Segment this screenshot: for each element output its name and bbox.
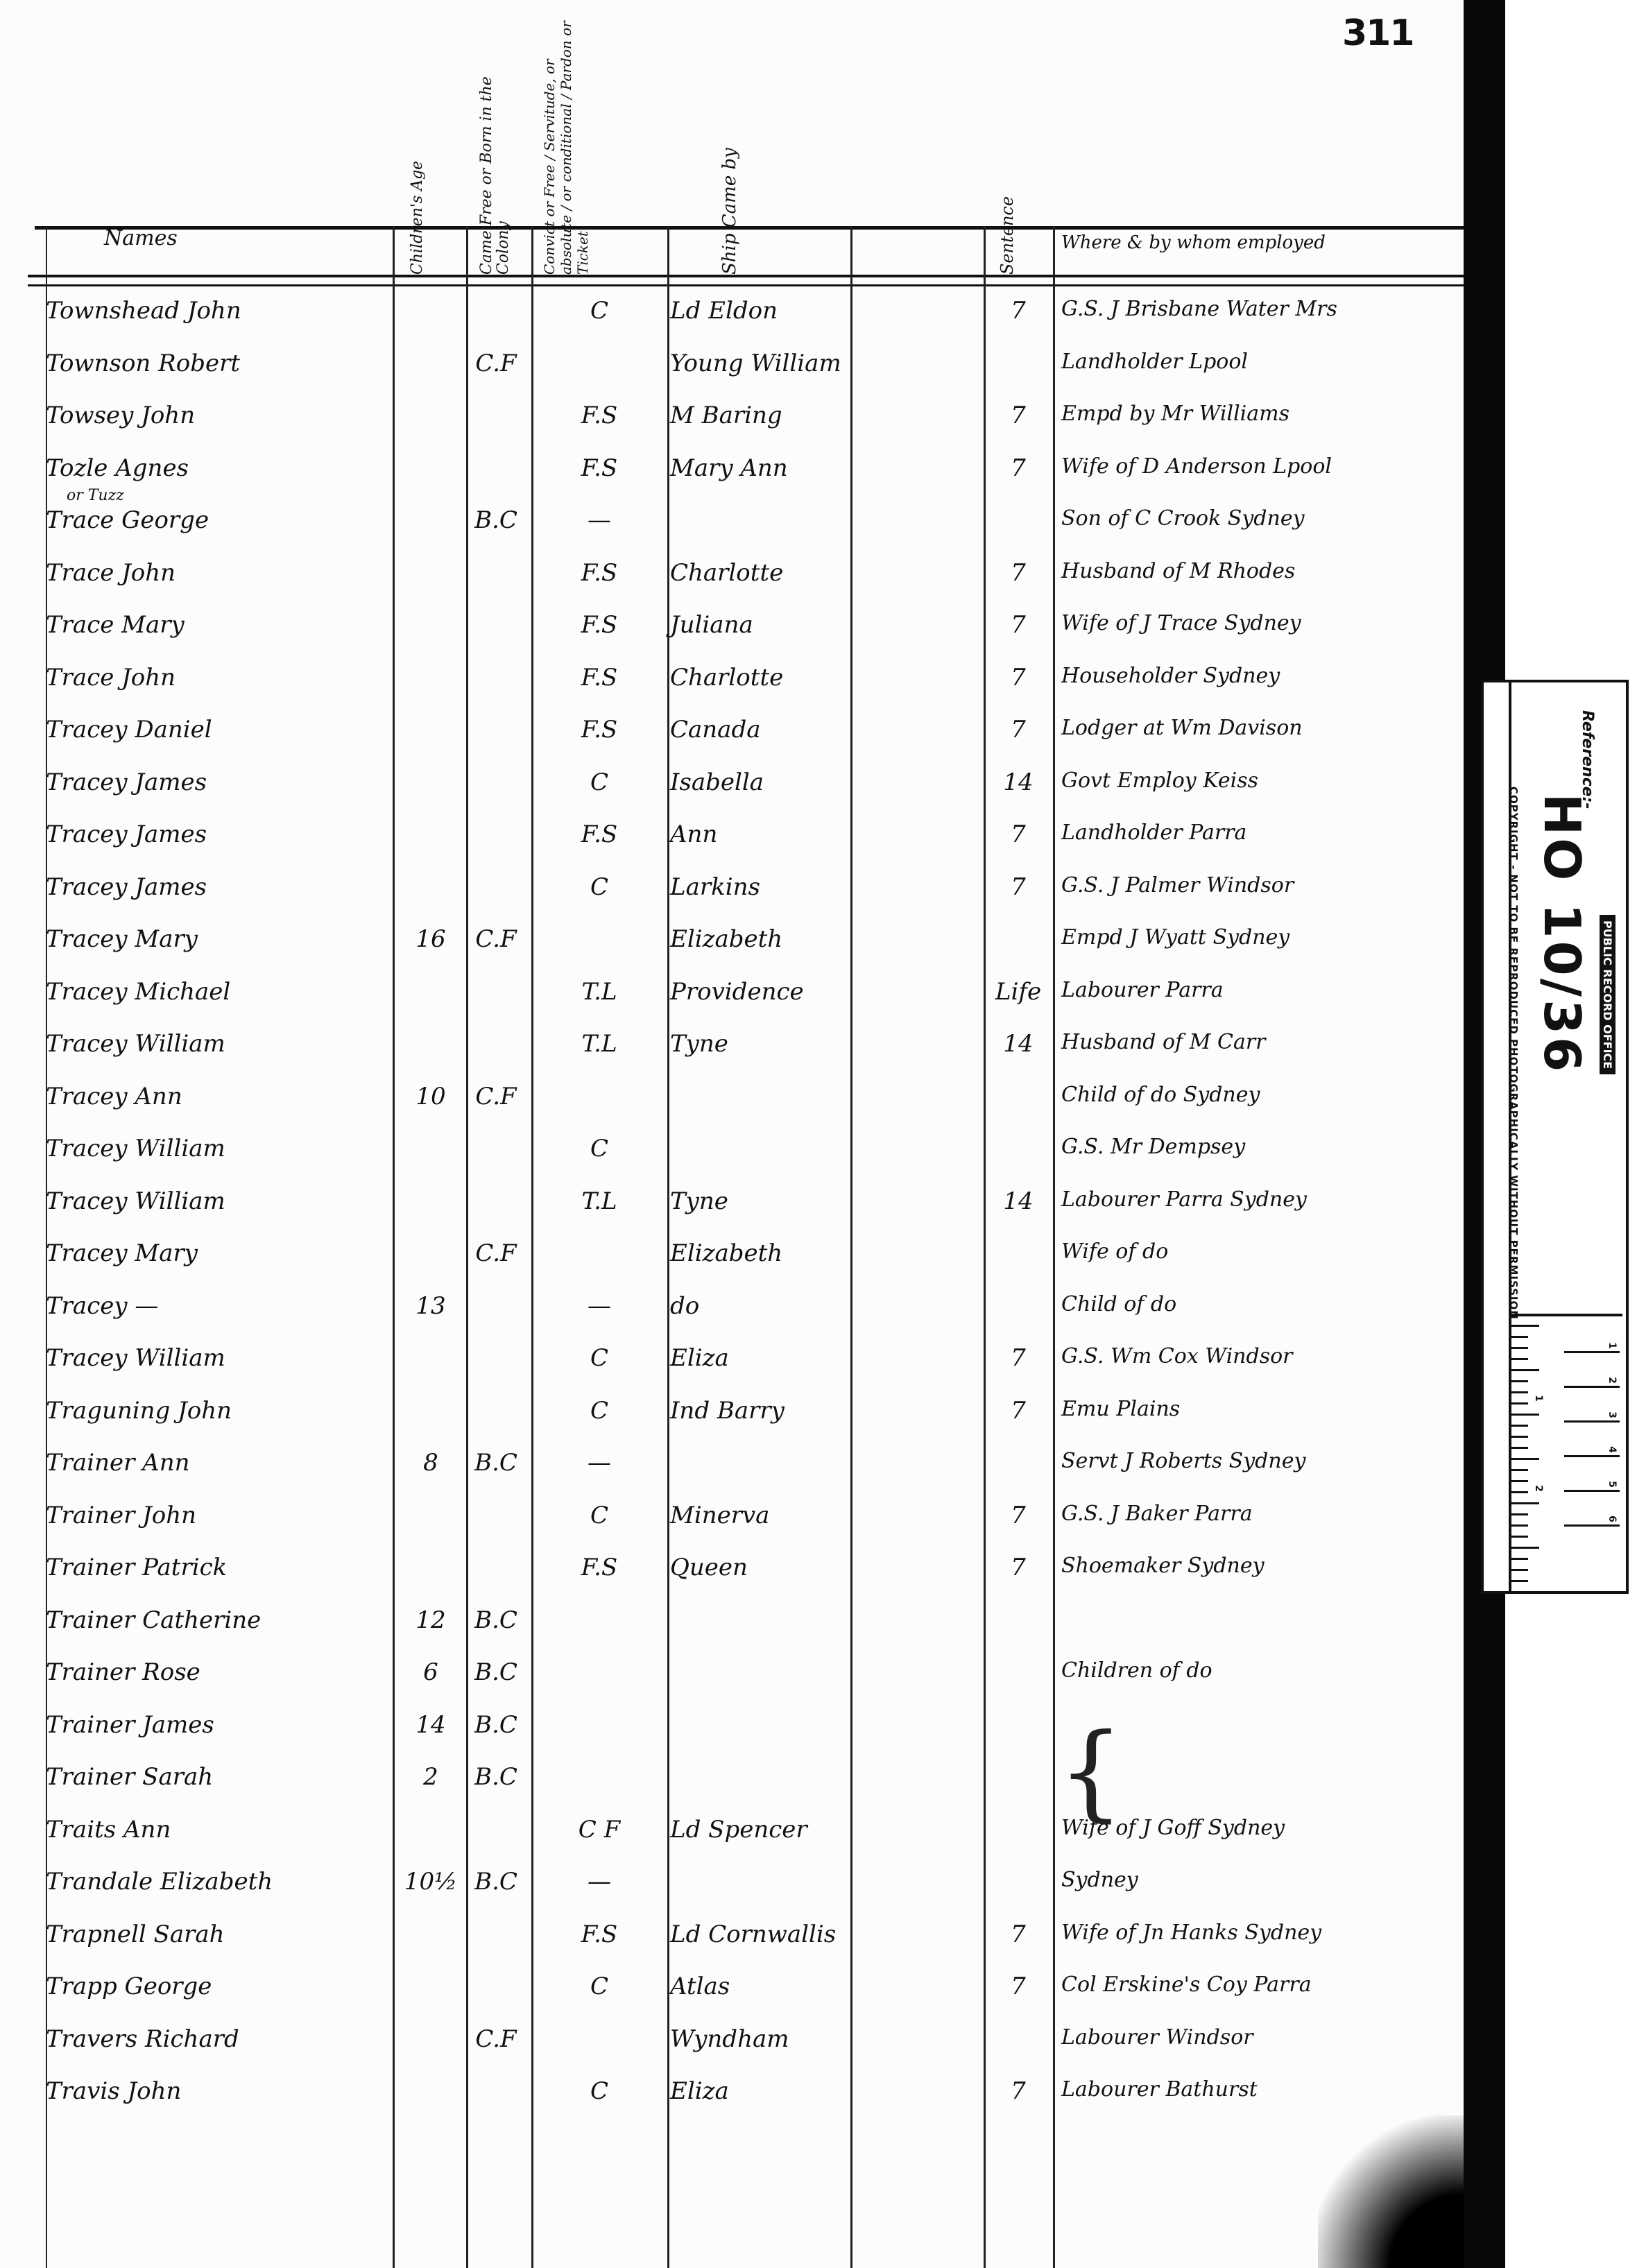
entry-name: Tracey Mary xyxy=(46,1239,393,1267)
scale-tick xyxy=(1511,1480,1528,1482)
entry-name: Tracey William xyxy=(46,1344,393,1372)
entry-employment: Servt J Roberts Sydney xyxy=(1061,1449,1464,1473)
record-office-label: PUBLIC RECORD OFFICE xyxy=(1600,915,1615,1074)
entry-ship: Charlotte xyxy=(670,559,853,587)
entry-employment: Landholder Parra xyxy=(1061,821,1464,845)
entry-employment: Wife of Jn Hanks Sydney xyxy=(1061,1921,1464,1945)
entry-name: Travis John xyxy=(46,2077,393,2105)
entry-name: Travers Richard xyxy=(46,2025,393,2053)
table-row: Tracey DanielF.SCanada7Lodger at Wm Davi… xyxy=(0,710,1464,748)
entry-ship: Minerva xyxy=(670,1502,853,1529)
entry-employment: Emu Plains xyxy=(1061,1397,1464,1421)
entry-employment: Husband of M Rhodes xyxy=(1061,559,1464,583)
entry-name: Tracey Ann xyxy=(46,1083,393,1110)
reference-code: HO 10/36 xyxy=(1533,793,1591,1074)
archive-reference-card: Reference:- HO 10/36 PUBLIC RECORD OFFIC… xyxy=(1481,680,1629,1594)
table-row: Trace JohnF.SCharlotte7Householder Sydne… xyxy=(0,658,1464,696)
entry-childrens-age: 2 xyxy=(400,1763,462,1791)
entry-sentence: 7 xyxy=(985,1502,1052,1529)
entry-name: Tracey James xyxy=(46,768,393,796)
entry-sentence: 7 xyxy=(985,297,1052,325)
table-row: Tracey Ann10C.FChild of do Sydney xyxy=(0,1077,1464,1115)
header-employment: Where & by whom employed xyxy=(1061,232,1326,253)
entry-employment: Child of do xyxy=(1061,1292,1464,1316)
header-convict-status: Convict or Free / Servitude, or absolute… xyxy=(541,0,591,275)
table-row: Tracey JamesCLarkins7G.S. J Palmer Winds… xyxy=(0,868,1464,905)
table-row: Tracey JamesCIsabella14Govt Employ Keiss xyxy=(0,763,1464,800)
entry-sentence: 7 xyxy=(985,821,1052,848)
entry-name: Tracey Michael xyxy=(46,978,393,1006)
scale-inch-label: 2 xyxy=(1533,1485,1544,1492)
entry-sentence: 7 xyxy=(985,716,1052,744)
entry-employment: Lodger at Wm Davison xyxy=(1061,716,1464,740)
scale-tick xyxy=(1511,1513,1528,1515)
entry-convict-status: — xyxy=(531,506,667,534)
entry-ship: Larkins xyxy=(670,873,853,901)
table-row: Trainer Ann8B.C—Servt J Roberts Sydney xyxy=(0,1443,1464,1481)
entry-convict-status: F.S xyxy=(531,1554,667,1581)
scale-tick xyxy=(1511,1347,1528,1349)
entry-name: Tracey James xyxy=(46,873,393,901)
table-row: Trapnell SarahF.SLd Cornwallis7Wife of J… xyxy=(0,1915,1464,1952)
entry-name: Trainer James xyxy=(46,1711,393,1739)
entry-childrens-age: 13 xyxy=(400,1292,462,1320)
scale-tick xyxy=(1511,1524,1528,1527)
entry-name: Trainer Rose xyxy=(46,1658,393,1686)
entry-ship: Ld Eldon xyxy=(670,297,853,325)
entry-sentence: 7 xyxy=(985,454,1052,482)
entry-employment: G.S. Wm Cox Windsor xyxy=(1061,1344,1464,1368)
entry-employment: Col Erskine's Coy Parra xyxy=(1061,1973,1464,1997)
entry-employment: Labourer Bathurst xyxy=(1061,2077,1464,2102)
header-bottom-rule xyxy=(28,275,1464,277)
scale-tick xyxy=(1511,1402,1528,1404)
entry-name: Tracey — xyxy=(46,1292,393,1320)
entry-came-free-or-born: B.C xyxy=(466,1868,526,1896)
scale-cm-label: 1 xyxy=(1606,1342,1618,1349)
entry-employment: Husband of M Carr xyxy=(1061,1030,1464,1054)
entry-ship: Eliza xyxy=(670,1344,853,1372)
scale-tick xyxy=(1511,1469,1528,1471)
entry-convict-status: T.L xyxy=(531,978,667,1006)
entry-came-free-or-born: B.C xyxy=(466,1711,526,1739)
scale-tick xyxy=(1511,1547,1539,1549)
table-row: Tracey Mary16C.FElizabethEmpd J Wyatt Sy… xyxy=(0,920,1464,957)
entry-convict-status: C xyxy=(531,1397,667,1425)
entry-sentence: 14 xyxy=(985,1187,1052,1215)
table-row: Trainer PatrickF.SQueen7Shoemaker Sydney xyxy=(0,1548,1464,1586)
entry-sentence: 7 xyxy=(985,1344,1052,1372)
entry-sentence: Life xyxy=(985,978,1052,1006)
entry-convict-status: C F xyxy=(531,1816,667,1844)
entry-name: Trainer Patrick xyxy=(46,1554,393,1581)
entry-convict-status: C xyxy=(531,297,667,325)
entry-employment: Son of C Crook Sydney xyxy=(1061,506,1464,531)
entry-childrens-age: 14 xyxy=(400,1711,462,1739)
table-row: Trainer JohnCMinerva7G.S. J Baker Parra xyxy=(0,1496,1464,1534)
entry-ship: Ind Barry xyxy=(670,1397,853,1425)
scale-tick xyxy=(1511,1358,1528,1360)
entry-name: Tracey Daniel xyxy=(46,716,393,744)
entry-ship: Wyndham xyxy=(670,2025,853,2053)
entry-name: Trapp George xyxy=(46,1973,393,2000)
entry-name: Trainer Sarah xyxy=(46,1763,393,1791)
entry-employment: G.S. Mr Dempsey xyxy=(1061,1135,1464,1159)
entry-ship: Isabella xyxy=(670,768,853,796)
header-came-free-or-born: Came Free or Born in the Colony xyxy=(479,25,512,275)
scale-cm-label: 2 xyxy=(1606,1377,1618,1384)
entry-childrens-age: 10 xyxy=(400,1083,462,1110)
scale-tick xyxy=(1511,1414,1539,1416)
entry-name: Tracey Mary xyxy=(46,925,393,953)
entry-sentence: 7 xyxy=(985,2077,1052,2105)
entry-came-free-or-born: C.F xyxy=(466,350,526,377)
entry-name: Towsey John xyxy=(46,402,393,429)
entry-sentence: 7 xyxy=(985,1921,1052,1948)
entry-sentence: 7 xyxy=(985,559,1052,587)
entry-sentence: 14 xyxy=(985,1030,1052,1058)
entry-ship: M Baring xyxy=(670,402,853,429)
entry-sentence: 7 xyxy=(985,873,1052,901)
table-row: Townson RobertC.FYoung WilliamLandholder… xyxy=(0,344,1464,381)
entry-name: Trainer Ann xyxy=(46,1449,393,1477)
scale-tick xyxy=(1511,1391,1528,1393)
entry-convict-status: F.S xyxy=(531,454,667,482)
table-row: Trace GeorgeB.C—Son of C Crook Sydneyor … xyxy=(0,501,1464,538)
entry-came-free-or-born: C.F xyxy=(466,925,526,953)
scale-cm-label: 3 xyxy=(1606,1411,1618,1418)
entry-convict-status: F.S xyxy=(531,402,667,429)
entry-employment: Wife of do xyxy=(1061,1239,1464,1264)
page-number: 311 xyxy=(1342,12,1414,54)
entry-sentence: 7 xyxy=(985,1554,1052,1581)
scale-tick xyxy=(1511,1336,1528,1338)
scale-tick xyxy=(1511,1425,1528,1427)
scale-tick xyxy=(1511,1491,1528,1493)
scale-tick xyxy=(1511,1447,1528,1449)
scale-tick xyxy=(1511,1536,1528,1538)
entry-convict-status: F.S xyxy=(531,559,667,587)
entry-name: Trainer Catherine xyxy=(46,1606,393,1634)
entry-convict-status: F.S xyxy=(531,664,667,691)
table-row: Trapp GeorgeCAtlas7Col Erskine's Coy Par… xyxy=(0,1967,1464,2004)
scale-tick xyxy=(1511,1325,1539,1327)
table-row: Trace MaryF.SJuliana7Wife of J Trace Syd… xyxy=(0,605,1464,643)
entry-convict-status: — xyxy=(531,1292,667,1320)
entry-ship: Elizabeth xyxy=(670,925,853,953)
entry-came-free-or-born: B.C xyxy=(466,1606,526,1634)
scale-cm-label: 4 xyxy=(1606,1446,1618,1453)
table-row: Trainer Catherine12B.C xyxy=(0,1601,1464,1638)
table-row: Tozle AgnesF.SMary Ann7Wife of D Anderso… xyxy=(0,449,1464,486)
entry-childrens-age: 8 xyxy=(400,1449,462,1477)
entry-convict-status: C xyxy=(531,2077,667,2105)
entry-came-free-or-born: B.C xyxy=(466,1658,526,1686)
header-ship: Ship Came by xyxy=(721,148,738,275)
entry-name: Trainer John xyxy=(46,1502,393,1529)
header-top-rule xyxy=(35,226,1464,230)
children-brace: { xyxy=(1058,1720,1124,1824)
entry-ship: Juliana xyxy=(670,611,853,639)
entry-convict-status: F.S xyxy=(531,611,667,639)
entry-employment: G.S. J Palmer Windsor xyxy=(1061,873,1464,897)
entry-name: Trace John xyxy=(46,559,393,587)
entry-childrens-age: 6 xyxy=(400,1658,462,1686)
table-row: Travis JohnCEliza7Labourer Bathurst xyxy=(0,2072,1464,2109)
table-row: Trainer Rose6B.CChildren of do xyxy=(0,1653,1464,1690)
scale-tick xyxy=(1511,1569,1528,1571)
copyright-notice: COPYRIGHT - NOT TO BE REPRODUCED PHOTOGR… xyxy=(1507,787,1520,1320)
table-row: Travers RichardC.FWyndhamLabourer Windso… xyxy=(0,2020,1464,2057)
entry-ship: Eliza xyxy=(670,2077,853,2105)
entry-came-free-or-born: C.F xyxy=(466,2025,526,2053)
entry-ship: Tyne xyxy=(670,1030,853,1058)
entry-childrens-age: 16 xyxy=(400,925,462,953)
entry-ship: Charlotte xyxy=(670,664,853,691)
entry-name: Trace John xyxy=(46,664,393,691)
entry-name: Tracey William xyxy=(46,1030,393,1058)
entry-ship: Tyne xyxy=(670,1187,853,1215)
entry-convict-status: T.L xyxy=(531,1187,667,1215)
scale-inch-label: 1 xyxy=(1533,1395,1544,1402)
table-row: Trace JohnF.SCharlotte7Husband of M Rhod… xyxy=(0,553,1464,591)
entry-came-free-or-born: B.C xyxy=(466,1763,526,1791)
table-row: Tracey WilliamCG.S. Mr Dempsey xyxy=(0,1129,1464,1167)
scale-tick xyxy=(1511,1436,1528,1438)
table-row: Tracey —13—doChild of do xyxy=(0,1287,1464,1324)
table-row: Traits AnnC FLd SpencerWife of J Goff Sy… xyxy=(0,1810,1464,1848)
entry-employment: Govt Employ Keiss xyxy=(1061,768,1464,793)
entry-employment: Empd by Mr Williams xyxy=(1061,402,1464,426)
entry-name: Tracey William xyxy=(46,1187,393,1215)
entry-convict-status: F.S xyxy=(531,1921,667,1948)
entry-employment: Sydney xyxy=(1061,1868,1464,1892)
entry-sentence: 7 xyxy=(985,1973,1052,2000)
entry-convict-status: T.L xyxy=(531,1030,667,1058)
table-row: Tracey WilliamT.LTyne14Labourer Parra Sy… xyxy=(0,1182,1464,1219)
entry-name: Trapnell Sarah xyxy=(46,1921,393,1948)
entry-ship: Ld Spencer xyxy=(670,1816,853,1844)
scale-cm-label: 5 xyxy=(1606,1481,1618,1488)
entry-convict-status: C xyxy=(531,1135,667,1162)
entry-convict-status: F.S xyxy=(531,821,667,848)
entry-employment: G.S. J Brisbane Water Mrs xyxy=(1061,297,1464,321)
entry-name: Tozle Agnes xyxy=(46,454,393,482)
entry-employment: Labourer Windsor xyxy=(1061,2025,1464,2050)
entry-employment: Labourer Parra xyxy=(1061,978,1464,1002)
entry-convict-status: C xyxy=(531,873,667,901)
table-row: Trandale Elizabeth10½B.C—Sydney xyxy=(0,1862,1464,1900)
entry-convict-status: C xyxy=(531,1344,667,1372)
page-corner-shadow xyxy=(1318,2115,1464,2268)
table-row: Trainer Sarah2B.C xyxy=(0,1758,1464,1795)
scale-tick xyxy=(1511,1380,1528,1382)
header-bottom-rule-2 xyxy=(28,284,1464,286)
table-row: Traguning JohnCInd Barry7Emu Plains xyxy=(0,1391,1464,1429)
header-sentence: Sentence xyxy=(999,196,1015,275)
entry-employment: Child of do Sydney xyxy=(1061,1083,1464,1107)
entry-sentence: 7 xyxy=(985,664,1052,691)
entry-ship: Ann xyxy=(670,821,853,848)
entry-ship: Ld Cornwallis xyxy=(670,1921,853,1948)
entry-name: Townson Robert xyxy=(46,350,393,377)
entry-came-free-or-born: B.C xyxy=(466,506,526,534)
entry-came-free-or-born: C.F xyxy=(466,1239,526,1267)
table-row: Tracey JamesF.SAnn7Landholder Parra xyxy=(0,815,1464,852)
table-row: Tracey WilliamCEliza7G.S. Wm Cox Windsor xyxy=(0,1339,1464,1376)
entry-sentence: 7 xyxy=(985,402,1052,429)
table-row: Tracey MichaelT.LProvidenceLifeLabourer … xyxy=(0,972,1464,1010)
entry-ship: Providence xyxy=(670,978,853,1006)
entry-ship: Young William xyxy=(670,350,853,377)
scale-tick xyxy=(1511,1558,1528,1560)
entry-name: Tracey William xyxy=(46,1135,393,1162)
header-childrens-age: Children's Age xyxy=(409,161,426,275)
entry-ship: do xyxy=(670,1292,853,1320)
entry-employment: G.S. J Baker Parra xyxy=(1061,1502,1464,1526)
entry-convict-status: F.S xyxy=(531,716,667,744)
entry-ship: Elizabeth xyxy=(670,1239,853,1267)
entry-employment: Empd J Wyatt Sydney xyxy=(1061,925,1464,950)
table-row: Tracey MaryC.FElizabethWife of do xyxy=(0,1234,1464,1271)
entry-ship: Atlas xyxy=(670,1973,853,2000)
table-row: Trainer James14B.C xyxy=(0,1706,1464,1743)
entry-sentence: 14 xyxy=(985,768,1052,796)
entry-name: Townshead John xyxy=(46,297,393,325)
entry-came-free-or-born: C.F xyxy=(466,1083,526,1110)
scale-tick xyxy=(1511,1458,1539,1460)
entry-name: Trace George xyxy=(46,506,393,534)
entry-convict-status: — xyxy=(531,1868,667,1896)
scale-tick xyxy=(1511,1580,1528,1582)
entry-employment: Shoemaker Sydney xyxy=(1061,1554,1464,1578)
entry-ship: Mary Ann xyxy=(670,454,853,482)
entry-employment: Landholder Lpool xyxy=(1061,350,1464,374)
entry-name: Tracey James xyxy=(46,821,393,848)
entry-name: Traguning John xyxy=(46,1397,393,1425)
entry-childrens-age: 12 xyxy=(400,1606,462,1634)
table-row: Towsey JohnF.SM Baring7Empd by Mr Willia… xyxy=(0,396,1464,433)
entry-convict-status: — xyxy=(531,1449,667,1477)
scale-cm-label: 6 xyxy=(1606,1515,1618,1522)
entry-employment: Householder Sydney xyxy=(1061,664,1464,688)
scale-tick xyxy=(1511,1502,1539,1504)
ledger-page: 311 Names Children's Age Came Free or Bo… xyxy=(0,0,1464,2268)
entry-employment: Children of do xyxy=(1061,1658,1464,1683)
scale-tick xyxy=(1511,1369,1539,1371)
entry-name: Trandale Elizabeth xyxy=(46,1868,393,1896)
entry-employment: Wife of D Anderson Lpool xyxy=(1061,454,1464,479)
entry-sentence: 7 xyxy=(985,611,1052,639)
entry-ship: Canada xyxy=(670,716,853,744)
entry-ship: Queen xyxy=(670,1554,853,1581)
entry-employment: Wife of J Trace Sydney xyxy=(1061,611,1464,635)
entry-convict-status: C xyxy=(531,1502,667,1529)
entry-childrens-age: 10½ xyxy=(400,1868,462,1896)
entry-employment: Labourer Parra Sydney xyxy=(1061,1187,1464,1212)
entry-name: Trace Mary xyxy=(46,611,393,639)
header-names: Names xyxy=(104,226,178,250)
entry-convict-status: C xyxy=(531,768,667,796)
entry-sentence: 7 xyxy=(985,1397,1052,1425)
entry-came-free-or-born: B.C xyxy=(466,1449,526,1477)
entry-convict-status: C xyxy=(531,1973,667,2000)
entry-name: Traits Ann xyxy=(46,1816,393,1844)
table-row: Tracey WilliamT.LTyne14Husband of M Carr xyxy=(0,1024,1464,1062)
entry-name-note: or Tuzz xyxy=(67,487,124,504)
table-row: Townshead JohnCLd Eldon7G.S. J Brisbane … xyxy=(0,291,1464,329)
measurement-scale: 12123456 xyxy=(1511,1314,1622,1594)
